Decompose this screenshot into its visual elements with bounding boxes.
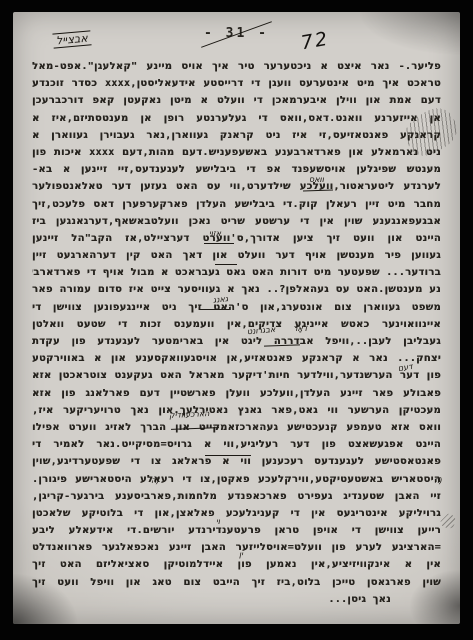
typed-line: ניט נארמאלע און פארדארבענע באשעפעניש.דעם… <box>32 144 441 161</box>
typed-page-number-struck: - 31 - <box>202 26 271 41</box>
typed-line: פאנטאסטישע לעגענדעס רעכענען ווי א פראלאג… <box>32 453 441 470</box>
typed-line: רייען צווישן די אויפן טראן פרעטענדירנדע … <box>32 522 441 539</box>
typed-text-block: פליער.- נאר איצט א ניכטערער טיר איך אויס… <box>32 58 441 608</box>
manuscript-page: - 31 - 72 פליער.- נאר איצט א ניכטערער טי… <box>13 12 460 624</box>
typed-line: היינט און וועט זיך ציען אדורך,ס'ווערט דע… <box>32 230 441 247</box>
typed-line: וואס אזא טעמפע קנעכטישע געהארכזאמקייט או… <box>32 419 441 436</box>
typed-line: געבליבן לעבן..,וויפל אבדררה ליגט אין באר… <box>32 333 441 350</box>
page-number-header: - 31 - <box>13 26 460 41</box>
typed-line: געווען פיר מענטשן אויף דער וועלט און דאך… <box>32 247 441 264</box>
typed-line: קראנקע פאנטאזיעס,זי איז ניט קראנק געוואר… <box>32 127 441 144</box>
typed-line: אין א אינקוויזיציע,אין נאמען פון איידלמו… <box>32 556 441 573</box>
typed-line: משפט געווארן צום אונטערג,און ס'האט זיך נ… <box>32 299 441 316</box>
typed-line: איינוואוינער כאטש אייניגע צדיקים,אין ווע… <box>32 316 441 333</box>
typed-line: פליער.- נאר איצט א ניכטערער טיר איך אויס… <box>32 58 441 75</box>
typed-line-final: נאך גיסן... <box>32 591 441 608</box>
typed-line: שוין פארגאסן טייכן בלוט,ביז זיך הייבט צו… <box>32 574 441 591</box>
typed-line: מעכטיקן הערשער ווי גאט,פאר גאנץ נאטירלעך… <box>32 402 441 419</box>
typed-line: דעם אמת און ווילן איבערמאכן די וועלט א מ… <box>32 92 441 109</box>
typed-line: פון דער הערשנדער,ווילדער חיות'דיקער מארא… <box>32 367 441 384</box>
typed-line: היינט אפגעשאצט פון דער רעליגיע,ווי א גרו… <box>32 436 441 453</box>
typed-line: גרויליקע אינטריגעס אין די קעניגלעכע פאלא… <box>32 505 441 522</box>
handwritten-page-number: 72 <box>299 28 331 55</box>
typed-line: =הארציגע לערע פון וועלט=אויסלייזער האבן … <box>32 539 441 556</box>
typed-line: אבגעפאנגענע שוין אין די ערשטע שריט נאכן … <box>32 213 441 230</box>
typed-line: ברודער... שפעטער מיט דורות האט גאט געברא… <box>32 264 441 281</box>
typed-line: טראכט איך מיט אינטערעס וועגן די דרייסטע … <box>32 75 441 92</box>
photographed-page: - 31 - 72 פליער.- נאר איצט א ניכטערער טי… <box>0 0 473 640</box>
margin-mark <box>439 512 457 530</box>
typed-line: אן אייזערנע וואנט.דאס,וואס די געלערנטע ר… <box>32 110 441 127</box>
typed-line: זיי האבן שטענדיג געפירט פארכאפנדע מלחמות… <box>32 488 441 505</box>
typed-line: פאבולע פאר זיינע העלדן,וועלכע וועלן פארש… <box>32 385 441 402</box>
typed-line: יצחק... נאר א קראנקע פאנטאזיע,אן אויסגעו… <box>32 350 441 367</box>
typed-line: מענטש שפיגלען אויסשעפנד אפ די ביבלישע לע… <box>32 161 441 178</box>
typed-line: לערנדע ליטעראטור,וועלכע שילדערט,ווי עס ה… <box>32 178 441 195</box>
typed-line: היסטאריש באשטעטיקטע,ווירקלעכע פאקטן,צו ד… <box>32 471 441 488</box>
typed-line: מחבר מיט זיין רעאלן קוק.די ביבלישע העלדן… <box>32 196 441 213</box>
typed-line: נע מענטשן.האט עס געהאלפן?.. נאך א געוויס… <box>32 281 441 298</box>
